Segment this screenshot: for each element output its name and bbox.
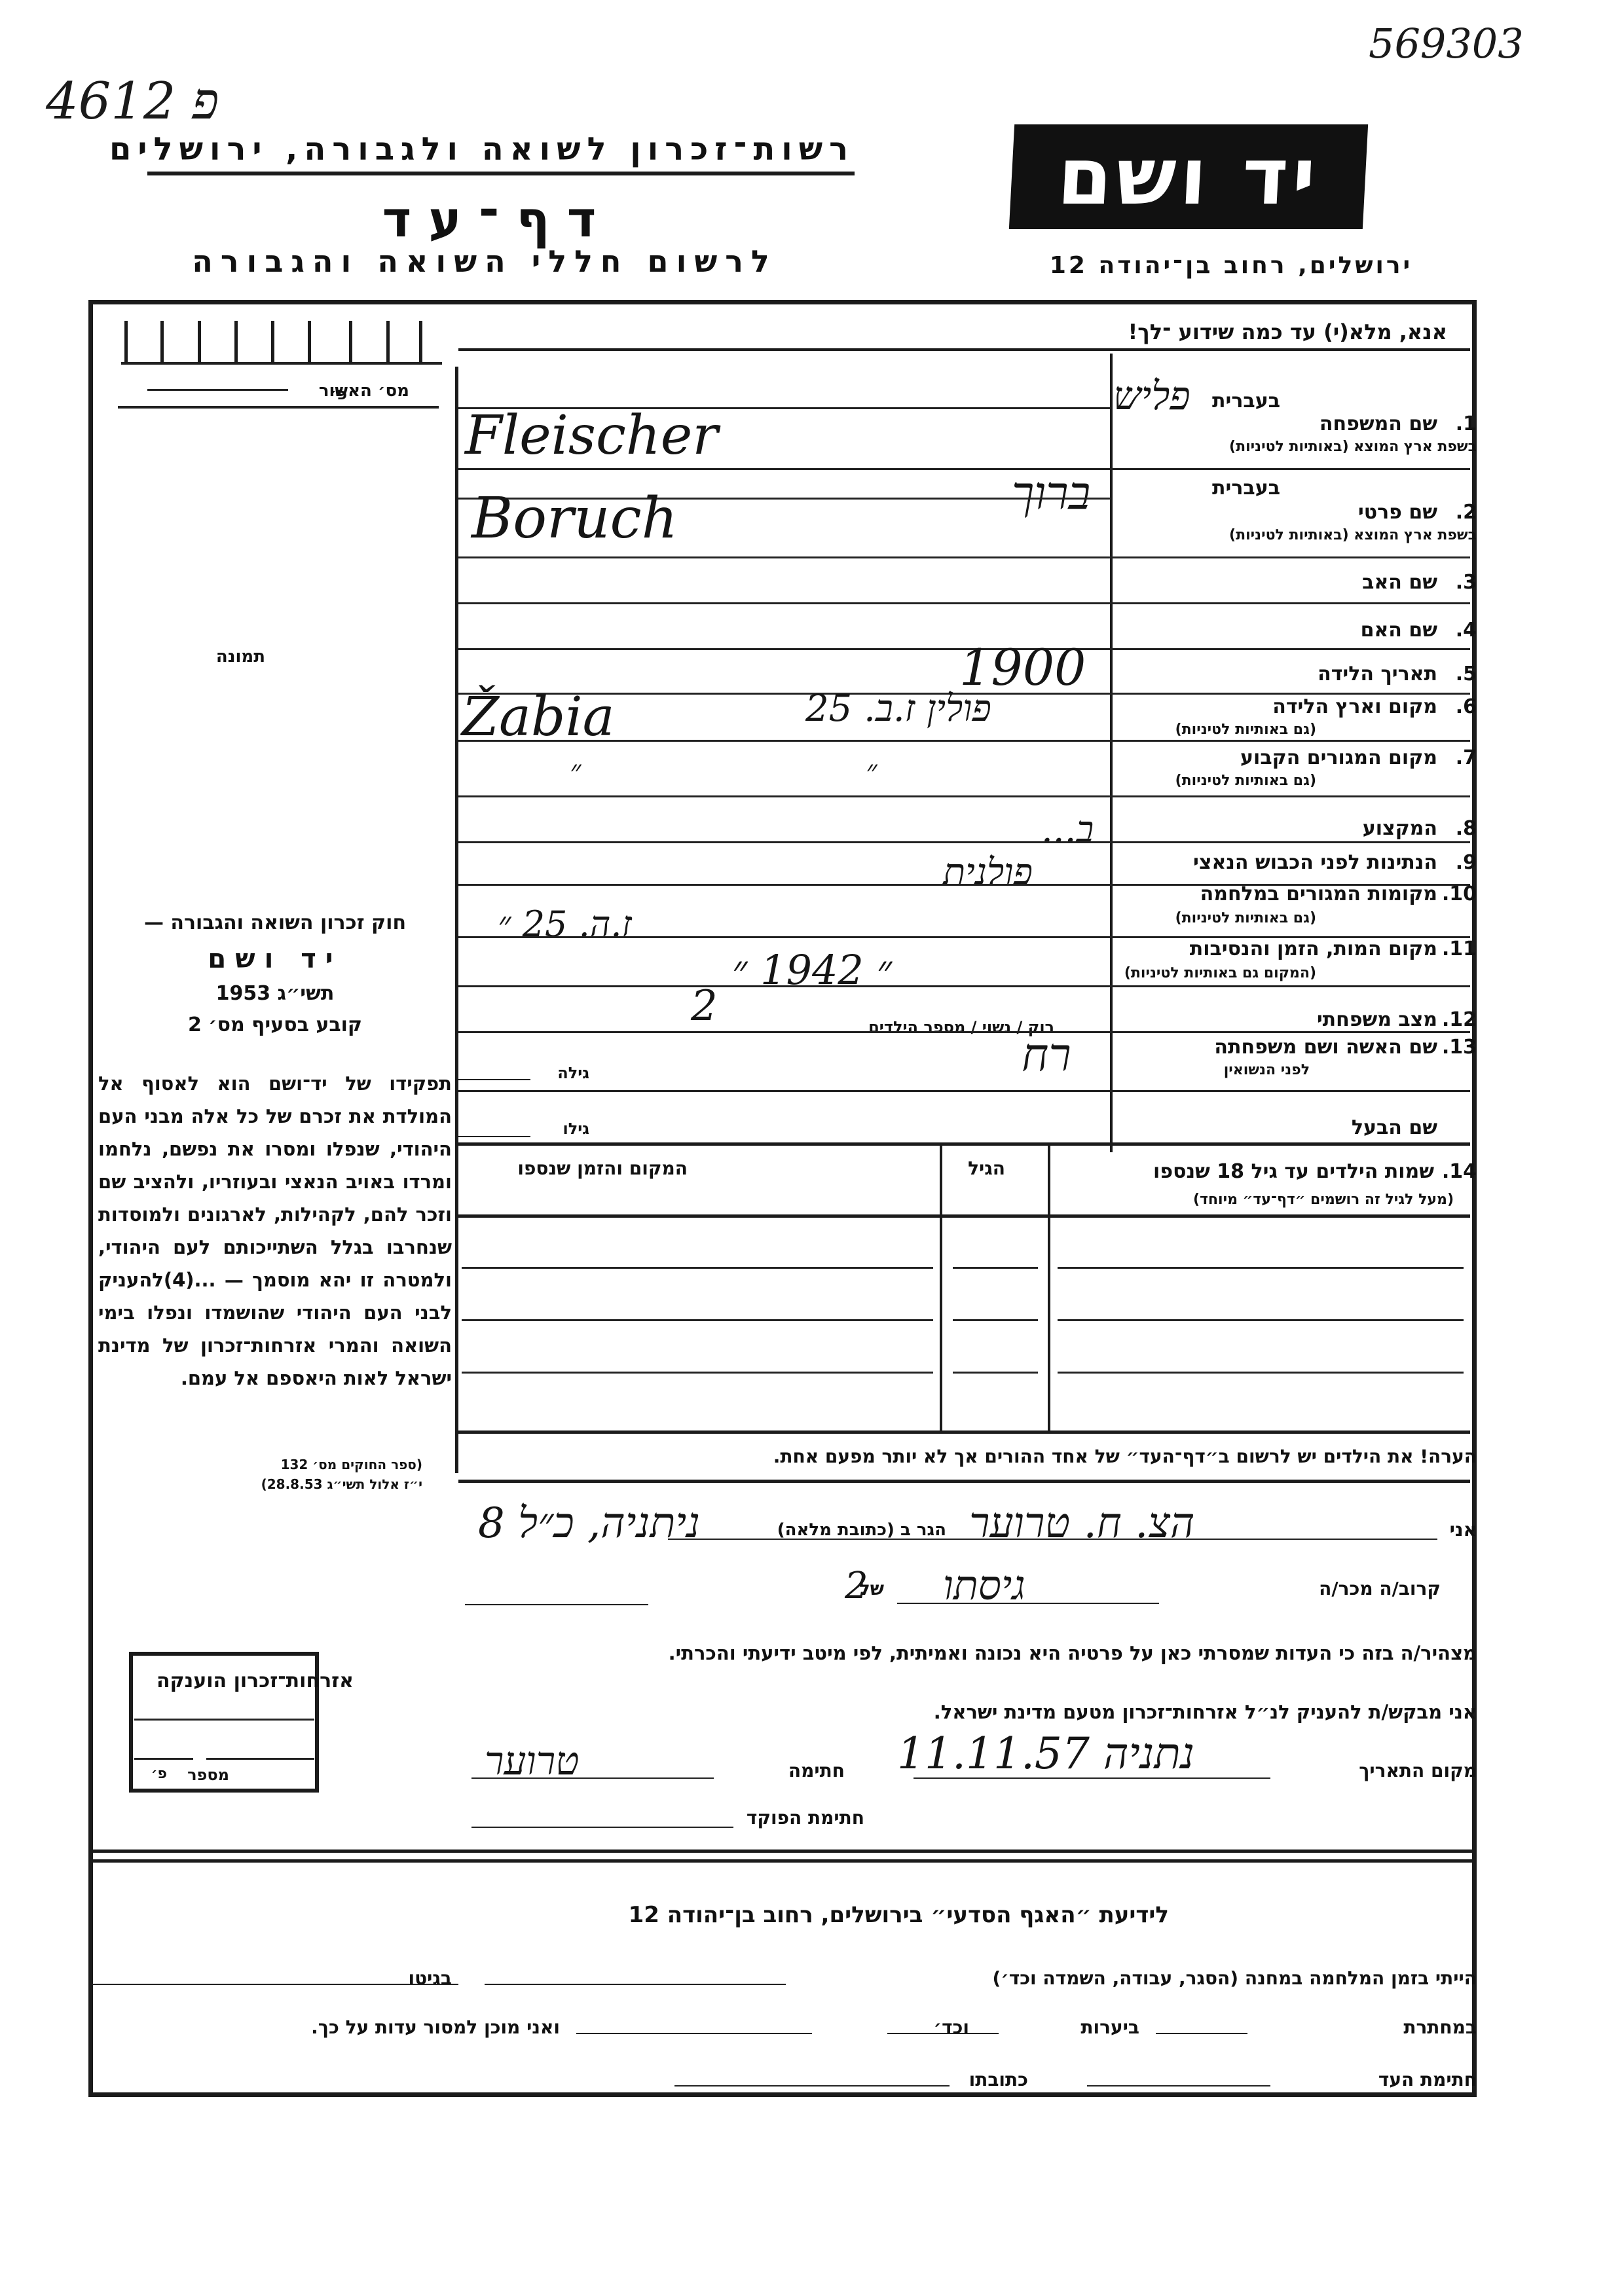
sublabel-family-name: בשפת ארץ המוצא (באותיות לטיניות): [1229, 439, 1477, 455]
children-col-divider: [940, 1146, 942, 1434]
divider: [458, 740, 1470, 742]
approval-box-tick: [271, 321, 274, 363]
divider: [458, 795, 1470, 797]
divider: [458, 1214, 1470, 1218]
children-row-line[interactable]: [462, 1319, 933, 1321]
wife-age-label: גילה: [557, 1064, 589, 1082]
children-row-line[interactable]: [953, 1267, 1038, 1269]
nationality-value[interactable]: פולנית: [943, 851, 1033, 894]
declarant-address-value[interactable]: ניתניה, כ״ל 8: [478, 1499, 700, 1548]
wife-age-field[interactable]: [458, 1079, 530, 1080]
signature-label: חתימה: [788, 1760, 845, 1781]
husband-age-field[interactable]: [458, 1136, 530, 1137]
stamp-divider: [206, 1758, 314, 1760]
place-date-value[interactable]: נתניה 11.11.57: [897, 1728, 1194, 1779]
children-row-line[interactable]: [462, 1267, 933, 1269]
witness-address-field[interactable]: [674, 2085, 950, 2086]
divider: [92, 1859, 1477, 1863]
approval-box-tick: [198, 321, 201, 363]
field-num-14: 14.: [1442, 1160, 1477, 1183]
family-name-latin-value[interactable]: Fleischer: [465, 405, 718, 467]
archive-number-handwritten-right: 569303: [1369, 20, 1524, 67]
wartime-residence-value[interactable]: ז.ה. 25 ״: [498, 903, 1107, 945]
sublabel-permanent-residence: (גם באותיות לטיניות): [1175, 773, 1316, 789]
wife-name-value[interactable]: רח: [1022, 1028, 1071, 1082]
label-birth-date: תאריך הלידה: [1318, 663, 1437, 685]
ghetto-field[interactable]: [92, 1984, 458, 1985]
declarant-name-value[interactable]: הצ. ח. טרוער: [969, 1499, 1194, 1548]
law-clause: קובע בסעיף מס׳ 2: [98, 1013, 452, 1036]
archive-number-handwritten-left: 4612 פ: [46, 72, 219, 131]
approval-boxes-baseline: [121, 362, 442, 365]
label-nationality: הנתינות לפני הכבוש הנאצי: [1193, 851, 1437, 874]
label-husband-name: שם הבעל: [1352, 1116, 1437, 1139]
info-line1-a: הייתי בזמן המלחמה במחנה (הסגר, עבודה, הש…: [993, 1967, 1477, 1989]
approval-box-tick: [234, 321, 238, 363]
field-num-11: 11.: [1442, 938, 1477, 960]
sublabel-first-name: בשפת ארץ המוצא (באותיות לטיניות): [1229, 527, 1477, 543]
profession-value[interactable]: ב...: [1041, 809, 1094, 851]
label-birth-place: מקום וארץ הלידה: [1272, 695, 1437, 718]
field-num-13: 13.: [1442, 1036, 1477, 1059]
sublabel-wartime-residence: (גם באותיות לטיניות): [1175, 910, 1316, 926]
place-date-field[interactable]: [913, 1777, 1270, 1779]
relative-of-field[interactable]: [465, 1604, 648, 1605]
first-name-hebrew-value[interactable]: ברוך: [1012, 466, 1090, 520]
note-text: הערה! את הילדים יש לרשום ב״דף־העד״ של אח…: [773, 1446, 1477, 1467]
label-permanent-residence: מקום המגורים הקבוע: [1240, 746, 1437, 769]
approval-box-tick: [386, 321, 390, 363]
officer-signature-label: חתימת הפוקד: [747, 1807, 864, 1829]
officer-signature-field[interactable]: [471, 1827, 733, 1828]
header-underline: [147, 172, 855, 175]
field-num-10: 10.: [1442, 883, 1477, 905]
children-row-line[interactable]: [1058, 1267, 1464, 1269]
address: ירושלים, רחוב בן־יהודה 12: [1035, 252, 1428, 279]
approval-number-label: מס׳ האשור: [319, 381, 409, 401]
law-footnote-1: (ספר החוקים מס׳ 132: [281, 1457, 422, 1472]
children-row-line[interactable]: [953, 1319, 1038, 1321]
birth-place-latin-value[interactable]: Žabia: [462, 686, 614, 748]
divider: [458, 468, 1470, 470]
info-line2-c: וכד׳: [934, 2016, 969, 2038]
stamp-box-title: אזרחות־זכרון הוענקה: [157, 1669, 354, 1692]
label-wartime-residence: מקומות המגורים במלחמה: [1200, 883, 1437, 905]
sublabel-wife-name: לפני הנשואין: [1224, 1062, 1310, 1078]
info-section-title: לידיעת ״האגף הסדעי״ בירושלים, רחוב בן־יה…: [629, 1902, 1169, 1928]
logo-text: יד ושם: [1056, 132, 1322, 223]
field-num-2: 2.: [1456, 501, 1477, 524]
permanent-residence-value[interactable]: ״ ״: [570, 753, 877, 788]
citizenship-request: אני מבקש/ת להעניק לנ״ל אזרחות־זכרון מטעם…: [934, 1701, 1477, 1723]
other-field[interactable]: [576, 2033, 812, 2034]
divider: [458, 602, 1470, 604]
stamp-number-prefix: פ׳: [151, 1766, 167, 1782]
law-title: חוק זכרון השואה והגבורה —: [98, 911, 452, 934]
law-name: יד ושם: [98, 944, 452, 974]
photo-label: תמונה: [216, 647, 265, 666]
field-num-3: 3.: [1456, 571, 1477, 594]
children-col-divider: [1048, 1146, 1050, 1434]
left-column-divider: [455, 367, 458, 1473]
label-father-name: שם האב: [1362, 571, 1437, 594]
divider: [458, 1090, 1470, 1092]
relative-label: קרוב/ה מכר/ה: [1319, 1578, 1441, 1599]
approval-box-tick: [308, 321, 311, 363]
form-subtitle: לרשום חללי השואה והגבורה: [170, 244, 799, 279]
divider: [458, 985, 1470, 987]
sublabel-children: (מעל לגיל זה רושמים ״דף־עד״ מיוחד): [1193, 1192, 1454, 1208]
divider: [458, 1031, 1470, 1033]
approval-box-tick: [160, 321, 164, 363]
stamp-divider: [134, 1719, 314, 1721]
divider: [458, 841, 1470, 843]
of-value[interactable]: 2: [845, 1565, 868, 1607]
field-num-7: 7.: [1456, 746, 1477, 769]
approval-box-tick: [419, 321, 422, 363]
divider: [92, 1850, 1477, 1853]
field-num-4: 4.: [1456, 619, 1477, 642]
field-num-12: 12.: [1442, 1008, 1477, 1031]
label-first-name: שם פרטי: [1358, 501, 1437, 524]
field-num-1: 1.: [1456, 412, 1477, 435]
law-footnote-2: י״ז אלול תשי״ג 28.8.53): [261, 1476, 422, 1492]
field-num-9: 9.: [1456, 851, 1477, 874]
children-row-line[interactable]: [953, 1372, 1038, 1374]
place-date-label: מקום התאריך: [1359, 1760, 1477, 1781]
divider: [458, 1480, 1470, 1483]
label-family-name: שם המשפחה: [1319, 412, 1437, 435]
label-death-place: מקום המות, הזמן והנסיבות: [1190, 938, 1437, 960]
children-row-line[interactable]: [1058, 1319, 1464, 1321]
relation-field[interactable]: [897, 1603, 1159, 1604]
declaration-i-label: אני: [1450, 1519, 1477, 1540]
divider: [458, 348, 1470, 351]
column-place-time-died: המקום והזמן שנספו: [517, 1157, 688, 1179]
divider: [458, 556, 1470, 558]
law-year: תשי״ג 1953: [98, 982, 452, 1005]
divider: [458, 1142, 1470, 1146]
resides-label: הגר ב (כתובת מלאה): [777, 1520, 946, 1540]
first-name-latin-value[interactable]: Boruch: [471, 486, 678, 551]
organization-name: רשות־זכרון לשואה ולגבורה, ירושלים: [147, 131, 855, 168]
field-num-5: 5.: [1456, 663, 1477, 685]
column-age: הגיל: [968, 1157, 1005, 1179]
label-profession: המקצוע: [1363, 817, 1437, 840]
declaration-statement: מצהיר/ה בזה כי העדות שמסרתי כאן על פרטיה…: [669, 1642, 1477, 1664]
label-wife-name: שם האשה ושם משפחתה: [1214, 1036, 1437, 1059]
approval-box-tick: [124, 321, 128, 363]
info-line3-a: חתימת העד: [1378, 2069, 1477, 2090]
yad-vashem-logo: יד ושם: [1009, 124, 1368, 229]
form-title: דף־עד: [367, 190, 629, 248]
instruction-text: אנא, מלא(י) עד כמה שידוע ־לך!: [1128, 319, 1447, 344]
children-row-line[interactable]: [1058, 1372, 1464, 1374]
law-body-text: תפקידו של יד־ושם הוא לאסוף אל המולדת את …: [98, 1067, 452, 1394]
children-count-value[interactable]: 2: [691, 982, 718, 1030]
info-line1-b: בגיטו: [409, 1967, 452, 1989]
field-num-6: 6.: [1456, 695, 1477, 718]
info-line3-b: כתובתו: [969, 2069, 1028, 2090]
hebrew-tag-1: בעברית: [1212, 390, 1280, 412]
approval-number-field[interactable]: [147, 389, 288, 391]
sublabel-birth-place: (גם באותיות לטיניות): [1175, 721, 1316, 738]
signature-field[interactable]: [471, 1777, 714, 1779]
label-children-names: שמות הילדים עד גיל 18 שנספו: [1153, 1160, 1434, 1183]
info-line2-d: ואני מוכן למסור עדות על כך.: [311, 2016, 560, 2038]
field-num-8: 8.: [1456, 817, 1477, 840]
divider: [458, 1430, 1470, 1434]
birth-place-hebrew-value[interactable]: פולין ז.ב. 25: [805, 687, 991, 730]
witness-signature-field[interactable]: [1087, 2085, 1270, 2086]
info-line2-b: ביערות: [1080, 2016, 1139, 2038]
hebrew-tag-2: בעברית: [1212, 477, 1280, 500]
approval-box-tick: [349, 321, 352, 363]
children-row-line[interactable]: [462, 1372, 933, 1374]
family-name-hebrew-value[interactable]: פליש: [1113, 373, 1190, 419]
label-marital-status: מצב משפחתי: [1317, 1008, 1437, 1031]
sublabel-death-place: (המקום גם באותיות לטיניות): [1124, 965, 1316, 981]
stamp-number-label: מספר: [187, 1766, 229, 1784]
husband-age-label: גילו: [563, 1120, 589, 1138]
camp-field[interactable]: [485, 1984, 786, 1985]
divider: [118, 406, 439, 409]
label-mother-name: שם האם: [1361, 619, 1437, 642]
stamp-divider: [134, 1758, 193, 1760]
underground-field[interactable]: [1156, 2033, 1247, 2034]
info-line2-a: במחתרת: [1403, 2016, 1477, 2038]
